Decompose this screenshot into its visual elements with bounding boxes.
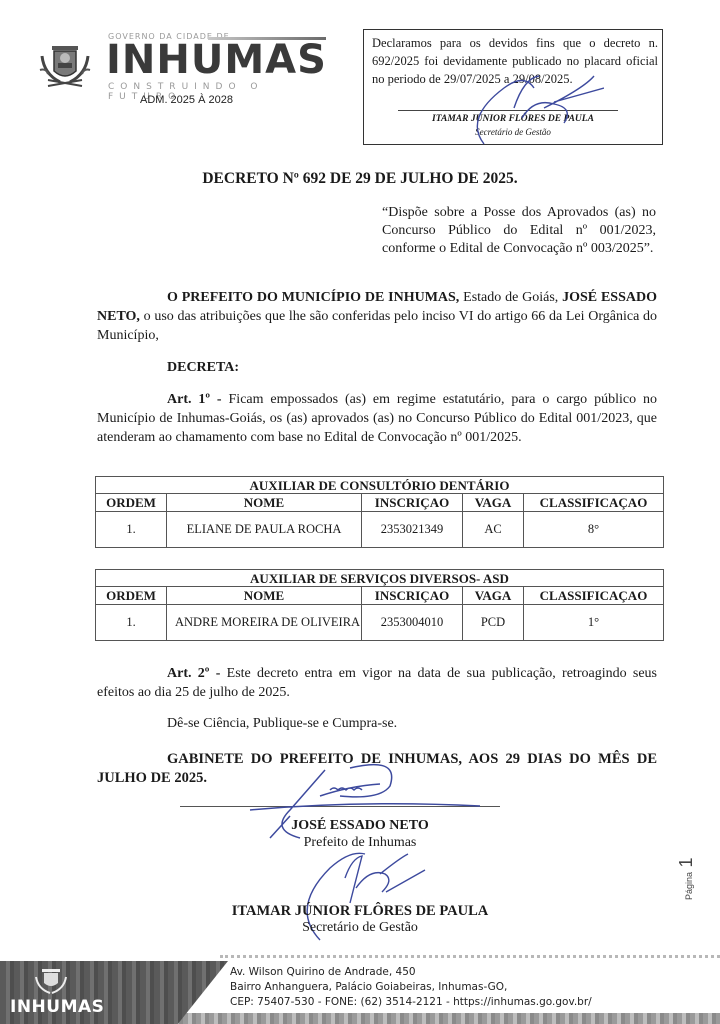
appointees-table-dental-assistant: AUXILIAR DE CONSULTÓRIO DENTÁRIO ORDEM N… — [95, 476, 664, 548]
table-caption: AUXILIAR DE CONSULTÓRIO DENTÁRIO — [96, 477, 664, 494]
article-2-label: Art. 2º - — [167, 666, 220, 681]
city-logo: GOVERNO DA CIDADE DE INHUMAS CONSTRUINDO… — [36, 30, 336, 100]
mayor-name: JOSÉ ESSADO NETO — [0, 818, 720, 834]
publication-signer-name: ITAMAR JÚNIOR FLÔRES DE PAULA — [364, 114, 662, 124]
footer-coat-of-arms-icon — [34, 965, 68, 995]
cell-nome: ELIANE DE PAULA ROCHA — [167, 512, 362, 548]
address-line-2: Bairro Anhanguera, Palácio Goiabeiras, I… — [230, 980, 592, 995]
cell-vaga: AC — [463, 512, 524, 548]
footer-decorative-strip — [170, 1013, 720, 1024]
decreta-heading: DECRETA: — [167, 360, 239, 376]
cell-inscricao: 2353004010 — [362, 605, 463, 641]
preamble-text-2: o uso das atribuições que lhe são confer… — [97, 309, 657, 343]
column-header-inscricao: INSCRIÇAO — [362, 587, 463, 605]
decree-summary: “Dispõe sobre a Posse dos Aprovados (as)… — [382, 204, 656, 258]
signature-line — [398, 110, 618, 111]
signature-line — [180, 806, 500, 807]
secretary-role: Secretário de Gestão — [0, 920, 720, 936]
logo-city-name: INHUMAS — [106, 38, 327, 82]
article-1-label: Art. 1º - — [167, 392, 222, 407]
column-header-classificacao: CLASSIFICAÇAO — [524, 587, 664, 605]
article-2: Art. 2º - Este decreto entra em vigor na… — [97, 664, 657, 702]
publication-declaration-box: Declaramos para os devidos fins que o de… — [363, 29, 663, 145]
column-header-classificacao: CLASSIFICAÇAO — [524, 494, 664, 512]
secretary-name: ITAMAR JÚNIOR FLÔRES DE PAULA — [0, 903, 720, 920]
cell-classificacao: 1° — [524, 605, 664, 641]
mayor-role: Prefeito de Inhumas — [0, 835, 720, 851]
footer-dotted-divider — [220, 955, 720, 964]
publication-signer-role: Secretário de Gestão — [364, 127, 662, 137]
cell-inscricao: 2353021349 — [362, 512, 463, 548]
column-header-vaga: VAGA — [463, 494, 524, 512]
publication-text: Declaramos para os devidos fins que o de… — [372, 34, 658, 88]
column-header-vaga: VAGA — [463, 587, 524, 605]
coat-of-arms-icon — [36, 36, 94, 94]
preamble-text-1: Estado de Goiás, — [459, 290, 562, 305]
address-line-1: Av. Wilson Quirino de Andrade, 450 — [230, 965, 592, 980]
table-row: 1. ANDRE MOREIRA DE OLIVEIRA 2353004010 … — [96, 605, 664, 641]
cell-nome: ANDRE MOREIRA DE OLIVEIRA — [167, 605, 362, 641]
cell-ordem: 1. — [96, 512, 167, 548]
footer-logo-text: INHUMAS — [10, 997, 104, 1017]
table-row: 1. ELIANE DE PAULA ROCHA 2353021349 AC 8… — [96, 512, 664, 548]
column-header-ordem: ORDEM — [96, 494, 167, 512]
column-header-ordem: ORDEM — [96, 587, 167, 605]
column-header-nome: NOME — [167, 494, 362, 512]
logo-administration: ADM. 2025 À 2028 — [140, 94, 233, 106]
footer-address: Av. Wilson Quirino de Andrade, 450 Bairr… — [230, 965, 592, 1010]
preamble-mayor-title: O PREFEITO DO MUNICÍPIO DE INHUMAS, — [167, 290, 459, 305]
column-header-nome: NOME — [167, 587, 362, 605]
article-1: Art. 1º - Ficam empossados (as) em regim… — [97, 390, 657, 447]
cell-vaga: PCD — [463, 605, 524, 641]
decree-title: DECRETO Nº 692 DE 29 DE JULHO DE 2025. — [0, 170, 720, 188]
appointees-table-general-services: AUXILIAR DE SERVIÇOS DIVERSOS- ASD ORDEM… — [95, 569, 664, 641]
cell-classificacao: 8° — [524, 512, 664, 548]
table-caption: AUXILIAR DE SERVIÇOS DIVERSOS- ASD — [96, 570, 664, 587]
closing-formula: Dê-se Ciência, Publique-se e Cumpra-se. — [167, 714, 397, 733]
preamble-paragraph: O PREFEITO DO MUNICÍPIO DE INHUMAS, Esta… — [97, 288, 657, 345]
address-line-3: CEP: 75407-530 - FONE: (62) 3514-2121 - … — [230, 995, 592, 1010]
cell-ordem: 1. — [96, 605, 167, 641]
column-header-inscricao: INSCRIÇAO — [362, 494, 463, 512]
gabinete-statement: GABINETE DO PREFEITO DE INHUMAS, AOS 29 … — [97, 750, 657, 788]
page-label: Página — [684, 872, 694, 900]
page-indicator: Página 1 — [676, 858, 697, 901]
page-number: 1 — [676, 858, 696, 868]
